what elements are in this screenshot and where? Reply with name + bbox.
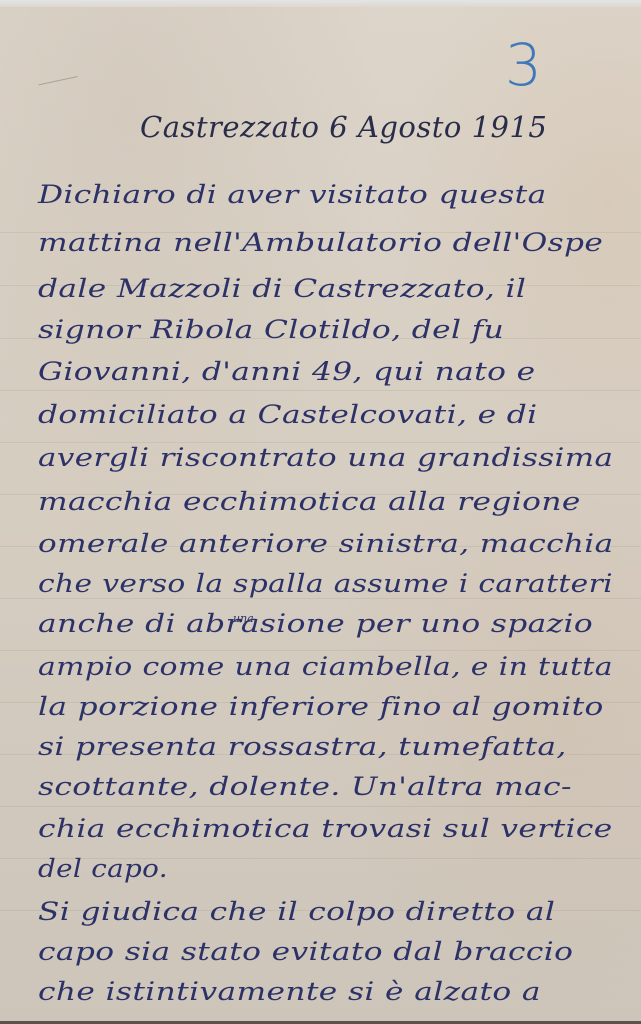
page-number: 3 (505, 36, 542, 94)
text-line: che istintivamente si è alzato a (38, 977, 541, 1006)
text-line: del capo. (38, 854, 168, 883)
text-line: macchia ecchimotica alla regione (38, 487, 581, 516)
ruled-line (0, 390, 641, 391)
text-line: mattina nell'Ambulatorio dell'Ospe (38, 228, 603, 257)
text-line: Si giudica che il colpo diretto al (38, 897, 555, 926)
text-line: dale Mazzoli di Castrezzato, il (38, 274, 526, 303)
ruled-line (0, 598, 641, 599)
text-line: capo sia stato evitato dal braccio (38, 937, 573, 966)
text-line: scottante, dolente. Un'altra mac- (38, 772, 572, 801)
text-line: Giovanni, d'anni 49, qui nato e (38, 357, 535, 386)
text-line: chia ecchimotica trovasi sul vertice (38, 814, 613, 843)
text-line: la porzione inferiore fino al gomito (38, 692, 604, 721)
text-line: si presenta rossastra, tumefatta, (38, 732, 567, 761)
interlinear-insertion: una (233, 612, 254, 625)
text-line: avergli riscontrato una grandissima (38, 443, 613, 472)
text-line: Dichiaro di aver visitato questa (38, 180, 547, 209)
text-line: anche di abrasione per uno spazio (38, 609, 593, 638)
scan-top-edge (0, 0, 641, 7)
paper-crease (38, 76, 81, 103)
text-line: domiciliato a Castelcovati, e di (38, 400, 538, 429)
text-line: che verso la spalla assume i caratteri (38, 569, 613, 598)
ruled-line (0, 650, 641, 651)
place-date-heading: Castrezzato 6 Agosto 1915 (140, 110, 547, 144)
ruled-line (0, 806, 641, 807)
text-line: ampio come una ciambella, e in tutta (38, 652, 613, 681)
document-page: 3 Castrezzato 6 Agosto 1915 Dichiaro di … (0, 0, 641, 1024)
text-line: signor Ribola Clotildo, del fu (38, 315, 504, 344)
text-line: omerale anteriore sinistra, macchia (38, 529, 613, 558)
